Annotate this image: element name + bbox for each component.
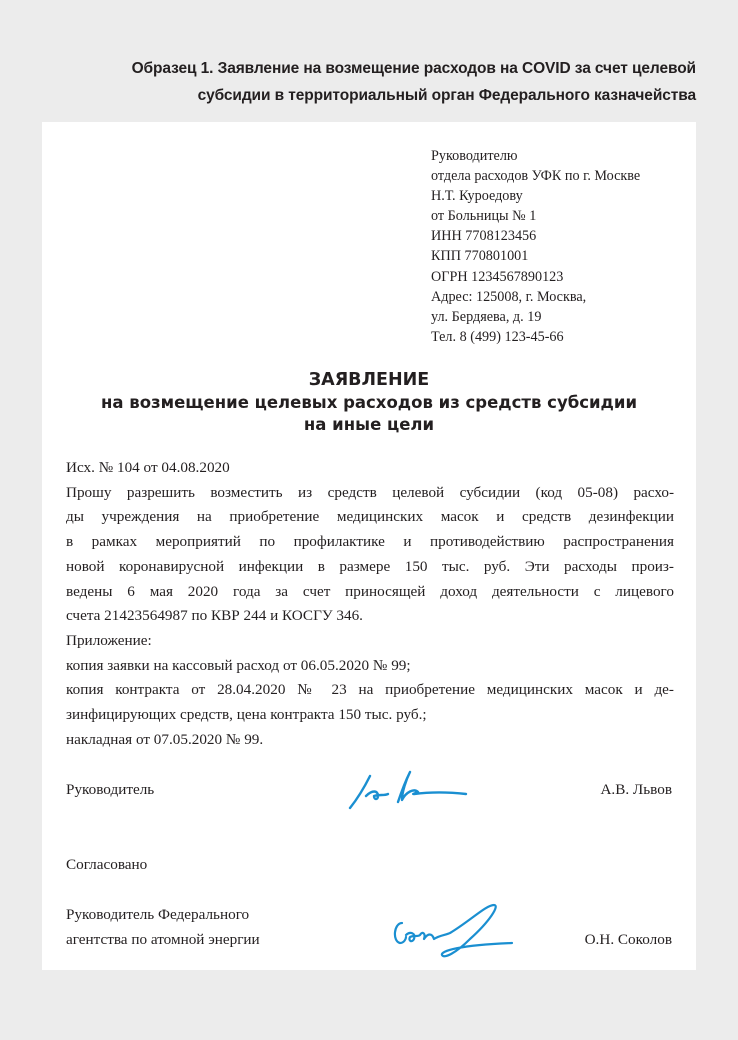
outgoing-reference: Исх. № 104 от 04.08.2020 [66,456,674,481]
body-line: в рамках мероприятий по профилактике и п… [66,530,674,555]
signature-row-head: Руководитель А.В. Львов [66,778,672,818]
body-line: счета 21423564987 по КВР 244 и КОСГУ 346… [66,604,674,629]
document-body: Исх. № 104 от 04.08.2020 Прошу разрешить… [66,456,674,752]
addressee-line: Руководителю [431,146,640,166]
addressee-line: Тел. 8 (499) 123-45-66 [431,327,640,347]
sample-caption: Образец 1. Заявление на возмещение расхо… [36,55,696,109]
body-line: ведены 6 мая 2020 года за счет приносяще… [66,580,674,605]
body-line: Прошу разрешить возместить из средств це… [66,481,674,506]
addressee-line: Адрес: 125008, г. Москва, [431,287,640,307]
addressee-line: ИНН 7708123456 [431,226,640,246]
caption-line-1: Образец 1. Заявление на возмещение расхо… [36,55,696,82]
handwritten-signature-icon [390,901,520,961]
attachment-item: копия контракта от 28.04.2020 № 23 на пр… [66,678,674,703]
addressee-line: Н.Т. Куроедову [431,186,640,206]
body-line: новой коронавирусной инфекции в размере … [66,555,674,580]
addressee-line: КПП 770801001 [431,246,640,266]
document-sheet: Руководителю отдела расходов УФК по г. М… [42,122,696,970]
title-main: ЗАЯВЛЕНИЕ [42,368,696,392]
addressee-line: от Больницы № 1 [431,206,640,226]
signatory-position: Руководитель [66,778,154,803]
attachments-label: Приложение: [66,629,674,654]
body-line: ды учреждения на приобретение медицински… [66,505,674,530]
caption-line-2: субсидии в территориальный орган Федерал… [36,82,696,109]
approval-label: Согласовано [66,853,147,878]
agency-position-line-1: Руководитель Федерального [66,903,260,928]
document-title: ЗАЯВЛЕНИЕ на возмещение целевых расходов… [42,368,696,436]
attachment-item: накладная от 07.05.2020 № 99. [66,728,674,753]
attachment-item: копия заявки на кассовый расход от 06.05… [66,654,674,679]
agency-position-line-2: агентства по атомной энергии [66,928,260,953]
addressee-line: ул. Бердяева, д. 19 [431,307,640,327]
agency-position: Руководитель Федерального агентства по а… [66,903,260,952]
handwritten-signature-icon [344,768,474,814]
title-sub-2: на иные цели [42,414,696,436]
addressee-line: ОГРН 1234567890123 [431,267,640,287]
agency-signatory-name: О.Н. Соколов [585,928,672,953]
addressee-line: отдела расходов УФК по г. Москве [431,166,640,186]
attachment-item: зинфицирующих средств, цена контракта 15… [66,703,674,728]
signature-row-agency: Руководитель Федерального агентства по а… [66,903,672,963]
title-sub-1: на возмещение целевых расходов из средст… [42,392,696,414]
signatory-name: А.В. Львов [600,778,672,803]
addressee-block: Руководителю отдела расходов УФК по г. М… [431,146,640,347]
